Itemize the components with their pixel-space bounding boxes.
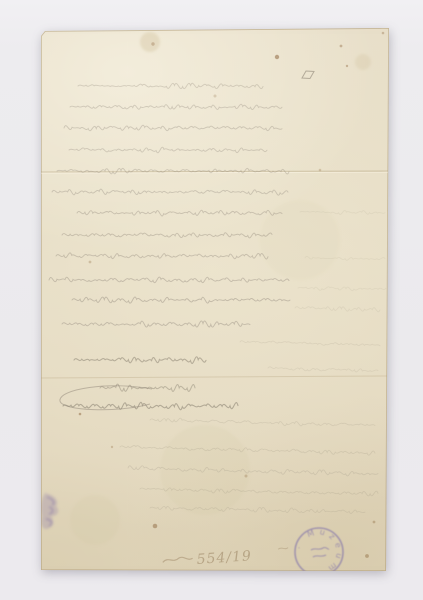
script-line (74, 357, 206, 364)
foxing-spot (111, 446, 113, 448)
script-line (150, 418, 375, 426)
foxing-spot (151, 42, 154, 45)
script-line (295, 307, 380, 312)
script-line (240, 341, 380, 346)
script-line (52, 189, 288, 195)
stain-blotch (355, 54, 371, 70)
inventory-inscription: 554/19 (162, 546, 289, 571)
stamp-center-mark-2 (313, 555, 326, 557)
photo-background: 554/19 · Muzeum · (0, 0, 423, 600)
foxing-spot (89, 261, 92, 264)
foxing-spot (382, 32, 385, 35)
script-line (120, 446, 375, 456)
inventory-tail-squiggle (278, 548, 288, 550)
script-line (69, 147, 267, 153)
foxing-spot (214, 95, 217, 98)
foxing-spot (275, 55, 279, 59)
foxing-spot (340, 45, 343, 48)
inventory-leading-squiggle (163, 557, 193, 563)
scan-overlay: 554/19 · Muzeum · (0, 0, 423, 600)
script-line (62, 233, 272, 238)
fold-crease-lower (41, 376, 387, 378)
script-line (56, 253, 268, 259)
foxing-spot (79, 413, 82, 416)
foxing-spot (373, 521, 376, 524)
museum-ink-stamp: · Muzeum · (295, 527, 344, 577)
script-line (49, 277, 289, 283)
stain-blotch (70, 495, 120, 545)
foxing-spot (365, 554, 369, 558)
purple-ink-smudge (41, 493, 58, 529)
inventory-number-text: 554/19 (196, 548, 252, 568)
stain-blotch (140, 32, 160, 52)
stamp-center-mark-1 (311, 547, 329, 550)
foxing-spot (319, 169, 322, 172)
foxing-spot (153, 524, 158, 529)
script-line (77, 210, 282, 216)
script-line (72, 297, 290, 303)
script-line (268, 367, 378, 372)
pencil-tick-mark (302, 71, 314, 79)
script-line (63, 402, 238, 409)
script-line (298, 287, 386, 291)
script-line (62, 321, 250, 327)
script-line (64, 125, 282, 131)
script-line (70, 104, 282, 109)
foxing-spot (245, 475, 248, 478)
fold-creases (41, 171, 388, 378)
foxing-spot (346, 65, 348, 67)
script-line (78, 83, 263, 88)
